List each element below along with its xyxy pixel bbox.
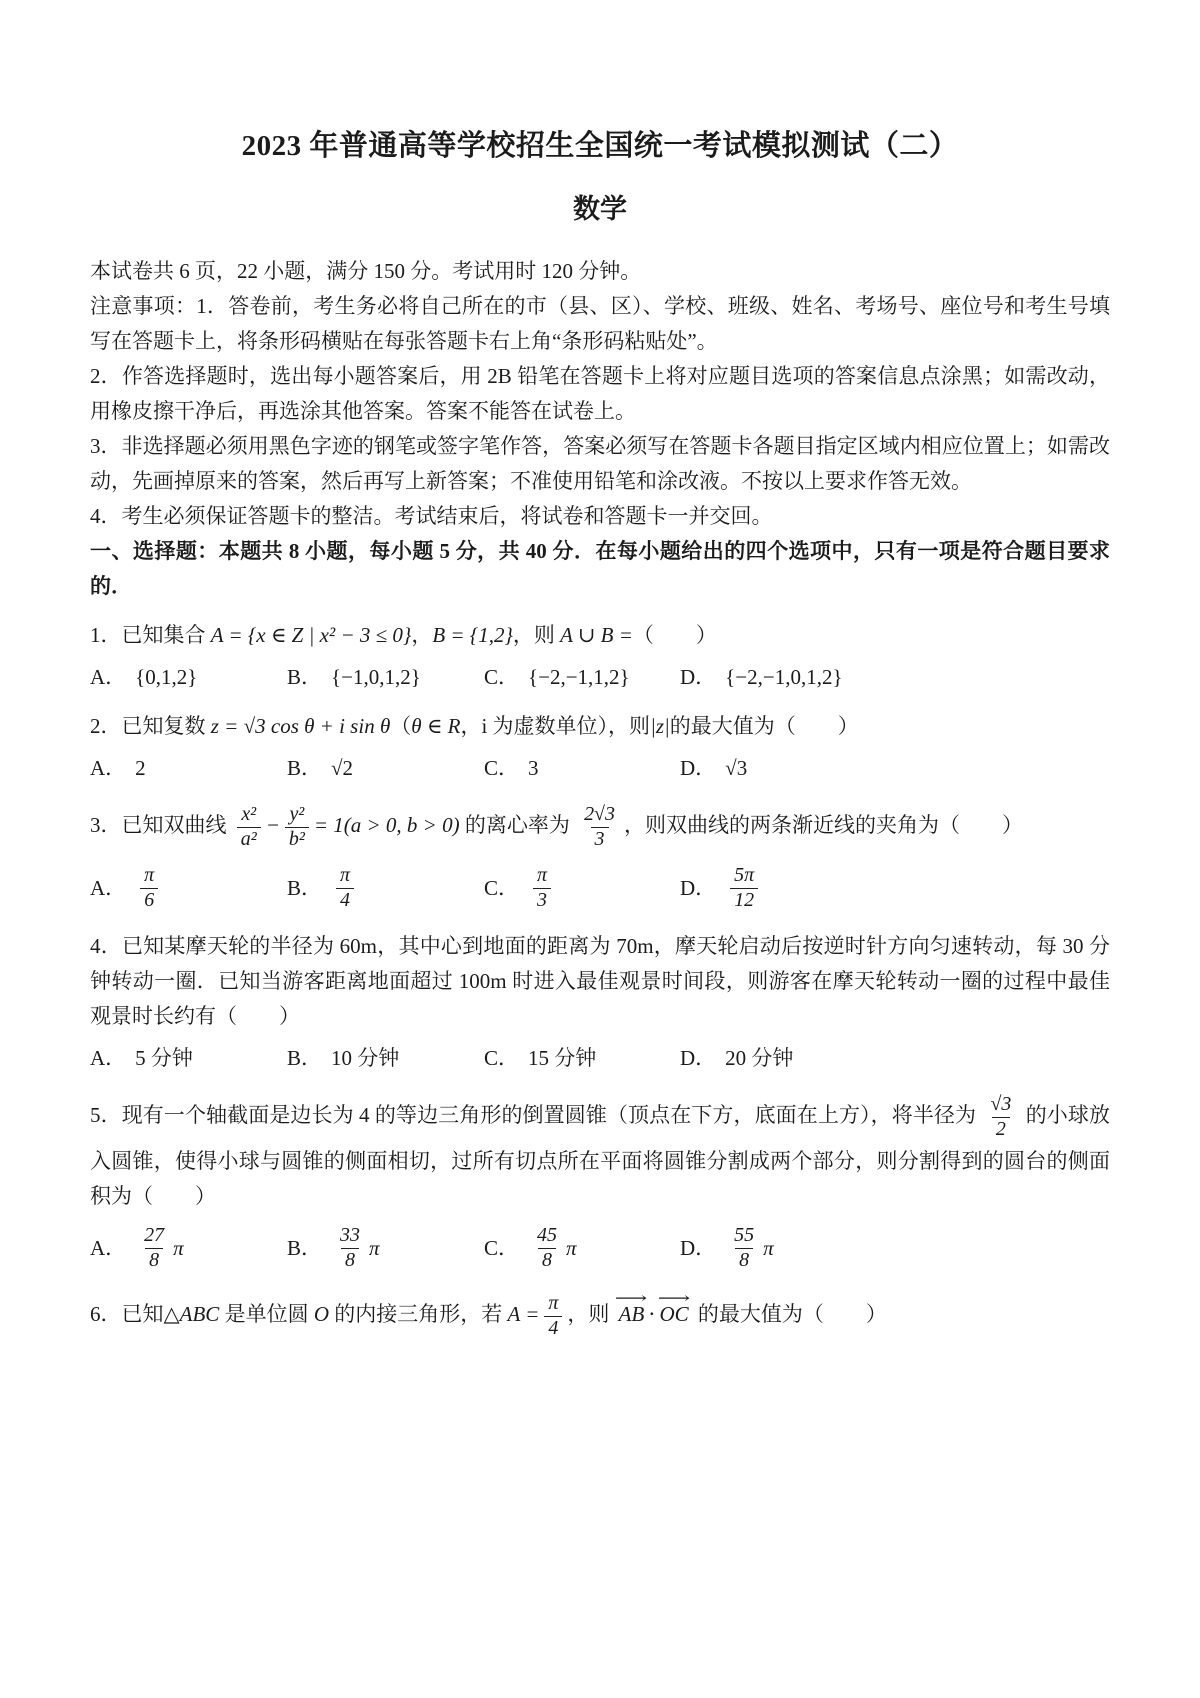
question-1-option-d: D．{−2,−1,0,1,2} [680, 660, 1110, 695]
math-run: ABC [180, 1302, 220, 1326]
fraction: √32 [986, 1093, 1015, 1141]
question-3-options: A．π6 B．π4 C．π3 D．5π12 [90, 861, 1110, 915]
page-title: 2023 年普通高等学校招生全国统一考试模拟测试（二） [90, 126, 1110, 166]
stem-text: 的离心率为 [460, 813, 576, 837]
stem-text: ，i 为虚数单位），则 [460, 714, 650, 738]
answer-blank: ，则双曲线的两条渐近线的夹角为（ ） [624, 813, 1023, 837]
fraction: 558 [730, 1224, 758, 1272]
question-number: 1． [90, 623, 122, 647]
option-value: 15 分钟 [528, 1041, 596, 1076]
question-3-stem: 3．已知双曲线 x²a²−y²b²= 1(a > 0, b > 0) 的离心率为… [90, 800, 1110, 854]
option-label: D． [680, 1231, 716, 1266]
question-1-option-b: B．{−1,0,1,2} [287, 660, 484, 695]
stem-text: （ [390, 714, 411, 738]
option-value: {−1,0,1,2} [331, 660, 421, 695]
question-2-option-d: D．√3 [680, 751, 1110, 786]
question-2-option-a: A．2 [90, 751, 287, 786]
notice-4: 4．考生必须保证答题卡的整洁。考试结束后，将试卷和答题卡一并交回。 [90, 499, 1110, 534]
fraction-numerator: √3 [986, 1093, 1015, 1117]
option-label: C． [484, 751, 519, 786]
stem-text: ，则 [513, 623, 560, 647]
question-number: 3． [90, 813, 122, 837]
pi-suffix: π [763, 1231, 774, 1266]
option-label: B． [287, 871, 322, 906]
fraction-numerator: π [533, 864, 551, 888]
question-5-options: A．278π B．338π C．458π D．558π [90, 1221, 1110, 1275]
math-run: A = [211, 623, 243, 647]
option-label: C． [484, 871, 519, 906]
answer-blank: 的最大值为（ ） [693, 1302, 887, 1326]
option-value: 10 分钟 [331, 1041, 399, 1076]
fraction-numerator: 45 [533, 1224, 561, 1248]
fraction-denominator: 8 [735, 1248, 753, 1273]
fraction: 2√33 [580, 803, 619, 851]
math-run: θ ∈ R [411, 714, 460, 738]
fraction-denominator: 12 [730, 888, 758, 913]
fraction-numerator: 55 [730, 1224, 758, 1248]
notice-3: 3．非选择题必须用黑色字迹的钢笔或签字笔作答，答案必须写在答题卡各题目指定区域内… [90, 429, 1110, 499]
subject-title: 数学 [90, 192, 1110, 226]
option-value: {−2,−1,0,1,2} [725, 660, 842, 695]
dot-operator: ⋅ [648, 1302, 655, 1326]
stem-text: 已知集合 [122, 623, 211, 647]
option-value: 5 分钟 [135, 1041, 193, 1076]
fraction-denominator: 3 [533, 888, 551, 913]
set-expression: {x ∈ Z | x² − 3 ≤ 0} [248, 623, 411, 647]
question-5-option-b: B．338π [287, 1221, 484, 1275]
stem-text: 的内接三角形，若 [329, 1302, 508, 1326]
option-value: {−2,−1,1,2} [528, 660, 630, 695]
section-heading: 一、选择题：本题共 8 小题，每小题 5 分，共 40 分．在每小题给出的四个选… [90, 534, 1110, 604]
fraction-numerator: 33 [336, 1224, 364, 1248]
question-number: 6． [90, 1302, 122, 1326]
stem-text: 已知某摩天轮的半径为 60m，其中心到地面的距离为 70m，摩天轮启动后按逆时针… [90, 934, 1110, 1028]
stem-text: ，则 [567, 1302, 614, 1326]
fraction-numerator: π [140, 864, 158, 888]
fraction: x²a² [237, 803, 261, 851]
question-2-option-b: B．√2 [287, 751, 484, 786]
stem-text: 现有一个轴截面是边长为 4 的等边三角形的倒置圆锥（顶点在下方，底面在上方），将… [122, 1103, 982, 1127]
option-value: 3 [528, 751, 539, 786]
option-label: A． [90, 1041, 126, 1076]
option-value: 2 [135, 751, 146, 786]
pi-suffix: π [173, 1231, 184, 1266]
math-run: B = {1,2} [432, 623, 513, 647]
fraction: 338 [336, 1224, 364, 1272]
fraction-denominator: 6 [140, 888, 158, 913]
stem-text: 已知双曲线 [122, 813, 232, 837]
question-4-options: A．5 分钟 B．10 分钟 C．15 分钟 D．20 分钟 [90, 1041, 1110, 1076]
question-1-options: A．{0,1,2} B．{−1,0,1,2} C．{−2,−1,1,2} D．{… [90, 660, 1110, 695]
fraction-numerator: x² [237, 803, 260, 827]
question-4-option-d: D．20 分钟 [680, 1041, 1110, 1076]
stem-text: ， [411, 623, 432, 647]
question-3-option-a: A．π6 [90, 861, 287, 915]
option-value: {0,1,2} [135, 660, 197, 695]
math-run: = 1(a > 0, b > 0) [314, 813, 460, 837]
notice-2: 2．作答选择题时，选出每小题答案后，用 2B 铅笔在答题卡上将对应题目选项的答案… [90, 359, 1110, 429]
option-label: A． [90, 751, 126, 786]
question-2-stem: 2．已知复数 z = √3 cos θ + i sin θ（θ ∈ R，i 为虚… [90, 709, 1110, 744]
option-label: D． [680, 751, 716, 786]
fraction: π3 [533, 864, 551, 912]
fraction-numerator: y² [285, 803, 308, 827]
stem-text: 是单位圆 [219, 1302, 314, 1326]
option-label: A． [90, 1231, 126, 1266]
question-number: 4． [90, 934, 122, 958]
fraction-numerator: π [336, 864, 354, 888]
vector-oc: ⟶OC [659, 1289, 688, 1332]
math-run: O [314, 1302, 329, 1326]
option-label: A． [90, 660, 126, 695]
fraction: π4 [336, 864, 354, 912]
fraction: π4 [544, 1292, 562, 1340]
option-label: A． [90, 871, 126, 906]
option-label: B． [287, 751, 322, 786]
fraction-denominator: 4 [544, 1316, 562, 1341]
fraction-denominator: 4 [336, 888, 354, 913]
option-label: B． [287, 1231, 322, 1266]
fraction: y²b² [285, 803, 309, 851]
option-label: D． [680, 871, 716, 906]
option-value: √2 [331, 751, 353, 786]
question-4-stem: 4．已知某摩天轮的半径为 60m，其中心到地面的距离为 70m，摩天轮启动后按逆… [90, 929, 1110, 1034]
option-label: B． [287, 660, 322, 695]
math-run: z = √3 cos θ + i sin θ [211, 714, 391, 738]
option-value: 20 分钟 [725, 1041, 793, 1076]
math-run: − [266, 813, 280, 837]
option-label: C． [484, 1041, 519, 1076]
question-1-option-c: C．{−2,−1,1,2} [484, 660, 680, 695]
fraction: 458 [533, 1224, 561, 1272]
option-label: C． [484, 660, 519, 695]
fraction-numerator: 27 [140, 1224, 168, 1248]
option-label: D． [680, 660, 716, 695]
answer-blank: （ ） [633, 623, 717, 647]
math-run: |z| [650, 714, 670, 738]
question-5-option-c: C．458π [484, 1221, 680, 1275]
fraction-numerator: π [544, 1292, 562, 1316]
fraction-denominator: 8 [341, 1248, 359, 1273]
vector-arrow-icon: ⟶ [658, 1282, 691, 1317]
question-4-option-c: C．15 分钟 [484, 1041, 680, 1076]
fraction-denominator: 3 [591, 827, 609, 852]
question-2-options: A．2 B．√2 C．3 D．√3 [90, 751, 1110, 786]
fraction: 278 [140, 1224, 168, 1272]
pi-suffix: π [566, 1231, 577, 1266]
fraction-denominator: 2 [992, 1117, 1010, 1142]
notices: 注意事项：1．答卷前，考生务必将自己所在的市（县、区）、学校、班级、姓名、考场号… [90, 289, 1110, 534]
math-run: A ∪ B = [560, 623, 633, 647]
question-3-option-c: C．π3 [484, 861, 680, 915]
fraction-numerator: 2√3 [580, 803, 619, 827]
exam-info: 本试卷共 6 页，22 小题，满分 150 分。考试用时 120 分钟。 [90, 254, 1110, 289]
option-value: √3 [725, 751, 747, 786]
fraction-numerator: 5π [730, 864, 758, 888]
question-number: 2． [90, 714, 122, 738]
vector-arrow-icon: ⟶ [615, 1282, 648, 1317]
math-run: A = [508, 1302, 540, 1326]
question-1-option-a: A．{0,1,2} [90, 660, 287, 695]
fraction-denominator: b² [285, 827, 309, 852]
pi-suffix: π [369, 1231, 380, 1266]
vector-ab: ⟶AB [619, 1289, 645, 1332]
fraction-denominator: 8 [145, 1248, 163, 1273]
answer-blank: 的最大值为（ ） [670, 714, 859, 738]
fraction: π6 [140, 864, 158, 912]
option-label: C． [484, 1231, 519, 1266]
question-5-option-a: A．278π [90, 1221, 287, 1275]
question-5-option-d: D．558π [680, 1221, 1110, 1275]
fraction: 5π12 [730, 864, 758, 912]
question-2-option-c: C．3 [484, 751, 680, 786]
question-number: 5． [90, 1103, 122, 1127]
fraction-denominator: 8 [538, 1248, 556, 1273]
fraction-denominator: a² [237, 827, 261, 852]
stem-text: 已知△ [122, 1302, 180, 1326]
question-3-option-b: B．π4 [287, 861, 484, 915]
notice-1: 注意事项：1．答卷前，考生务必将自己所在的市（县、区）、学校、班级、姓名、考场号… [90, 289, 1110, 359]
option-label: D． [680, 1041, 716, 1076]
question-4-option-a: A．5 分钟 [90, 1041, 287, 1076]
option-label: B． [287, 1041, 322, 1076]
stem-text: 已知复数 [122, 714, 211, 738]
question-1-stem: 1．已知集合 A = {x ∈ Z | x² − 3 ≤ 0}，B = {1,2… [90, 618, 1110, 653]
question-5-stem: 5．现有一个轴截面是边长为 4 的等边三角形的倒置圆锥（顶点在下方，底面在上方）… [90, 1090, 1110, 1214]
question-4-option-b: B．10 分钟 [287, 1041, 484, 1076]
exam-paper: 2023 年普通高等学校招生全国统一考试模拟测试（二） 数学 本试卷共 6 页，… [0, 0, 1200, 1343]
question-6-stem: 6．已知△ABC 是单位圆 O 的内接三角形，若 A =π4，则 ⟶AB⋅⟶OC… [90, 1289, 1110, 1343]
question-3-option-d: D．5π12 [680, 861, 1110, 915]
